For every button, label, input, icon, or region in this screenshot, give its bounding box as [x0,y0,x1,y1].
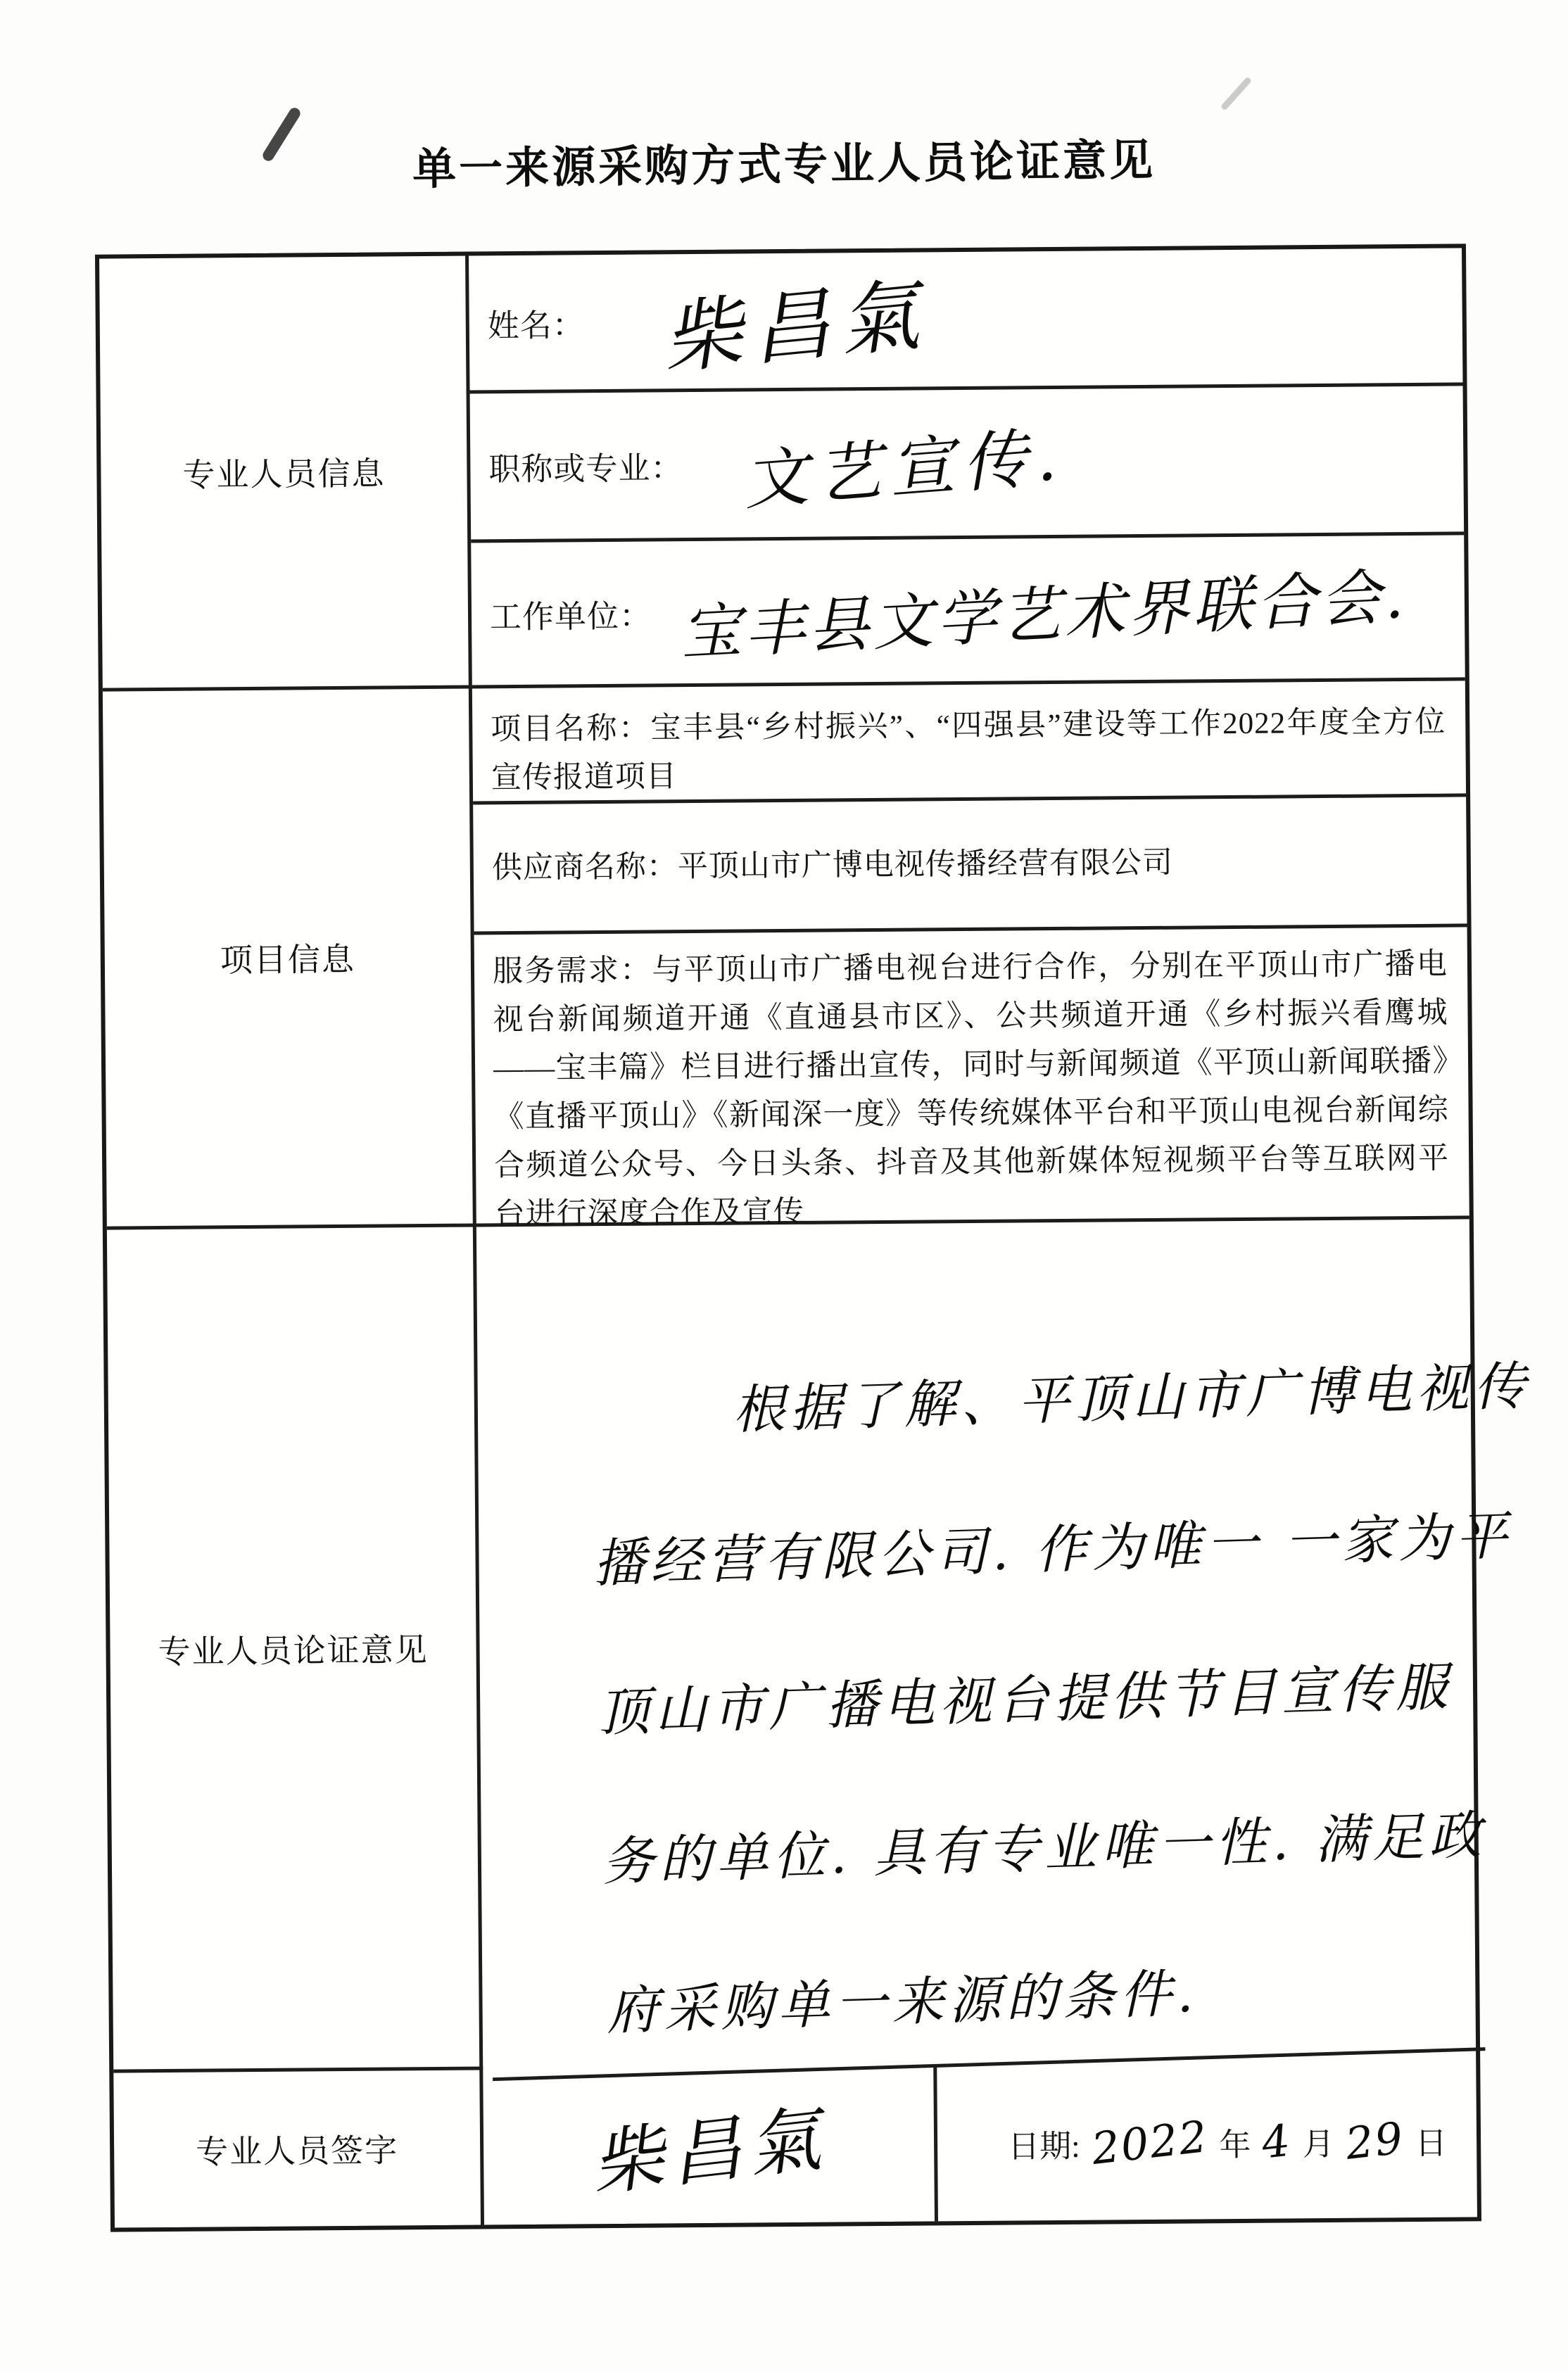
supplier-name-cell: 供应商名称：平顶山市广博电视传播经营有限公司 [473,797,1467,935]
handwritten-signature: 柴昌氣 [586,2082,832,2210]
page-title: 单一来源采购方式专业人员论证意见 [0,120,1568,201]
title-or-specialty-row: 职称或专业： 文艺宣传. [470,386,1465,543]
work-unit-label: 工作单位： [490,590,652,637]
date-year-unit: 年 [1219,2118,1251,2164]
date-month-unit: 月 [1303,2118,1335,2163]
handwritten-opinion-line: 务的单位. 具有专业唯一性. 满足政 [600,1761,1460,1937]
handwritten-work-unit: 宝丰县文学艺术界联合会. [678,548,1409,672]
work-unit-row: 工作单位： 宝丰县文学艺术界联合会. [471,535,1465,688]
form-table: 专业人员信息 姓名： 柴昌氣 职称或专业： 文艺宣传. 工作单位： 宝丰县文学艺… [95,243,1481,2232]
handwritten-date-year: 2022 [1089,2110,1210,2174]
handwritten-name: 柴昌氣 [657,251,933,389]
name-label: 姓名： [488,299,586,346]
handwritten-date-month: 4 [1259,2114,1294,2168]
title-or-specialty-label: 职称或专业： [488,442,683,489]
date-cell: 日期: 2022 年 4 月 29 日 [937,2062,1477,2221]
scanned-document-page: 单一来源采购方式专业人员论证意见 专业人员信息 姓名： 柴昌氣 职称或专业： 文… [0,0,1568,2373]
handwritten-opinion-line: 播经营有限公司. 作为唯一 一家为平 [591,1463,1451,1638]
signature-cell: 柴昌氣 [483,2066,938,2225]
personnel-section-label: 专业人员信息 [99,256,472,692]
handwritten-opinion-line: 根据了解、平顶山市广博电视传 [586,1315,1446,1490]
project-name-cell: 项目名称：宝丰县“乡村振兴”、“四强县”建设等工作2022年度全方位宣传报道项目 [472,681,1466,804]
project-section-label: 项目信息 [103,689,476,1230]
name-row: 姓名： 柴昌氣 [469,248,1462,393]
date-day-unit: 日 [1415,2117,1448,2163]
signature-section-label: 专业人员签字 [113,2070,484,2227]
date-label: 日期: [1008,2120,1080,2166]
handwritten-date-day: 29 [1343,2112,1407,2170]
scan-artifact [1220,76,1252,110]
handwritten-title-or-specialty: 文艺宣传. [740,405,1068,522]
handwritten-opinion-line: 顶山市广播电视台提供节目宣传服 [595,1612,1455,1787]
opinion-section-label: 专业人员论证意见 [107,1227,483,2073]
service-demand-cell: 服务需求：与平顶山市广播电视台进行合作，分别在平顶山市广播电视台新闻频道开通《直… [474,927,1469,1227]
handwritten-opinion-cell: 根据了解、平顶山市广博电视传 播经营有限公司. 作为唯一 一家为平 顶山市广播电… [467,1208,1486,2082]
handwritten-opinion-line: 府采购单一来源的条件. [605,1911,1465,2086]
